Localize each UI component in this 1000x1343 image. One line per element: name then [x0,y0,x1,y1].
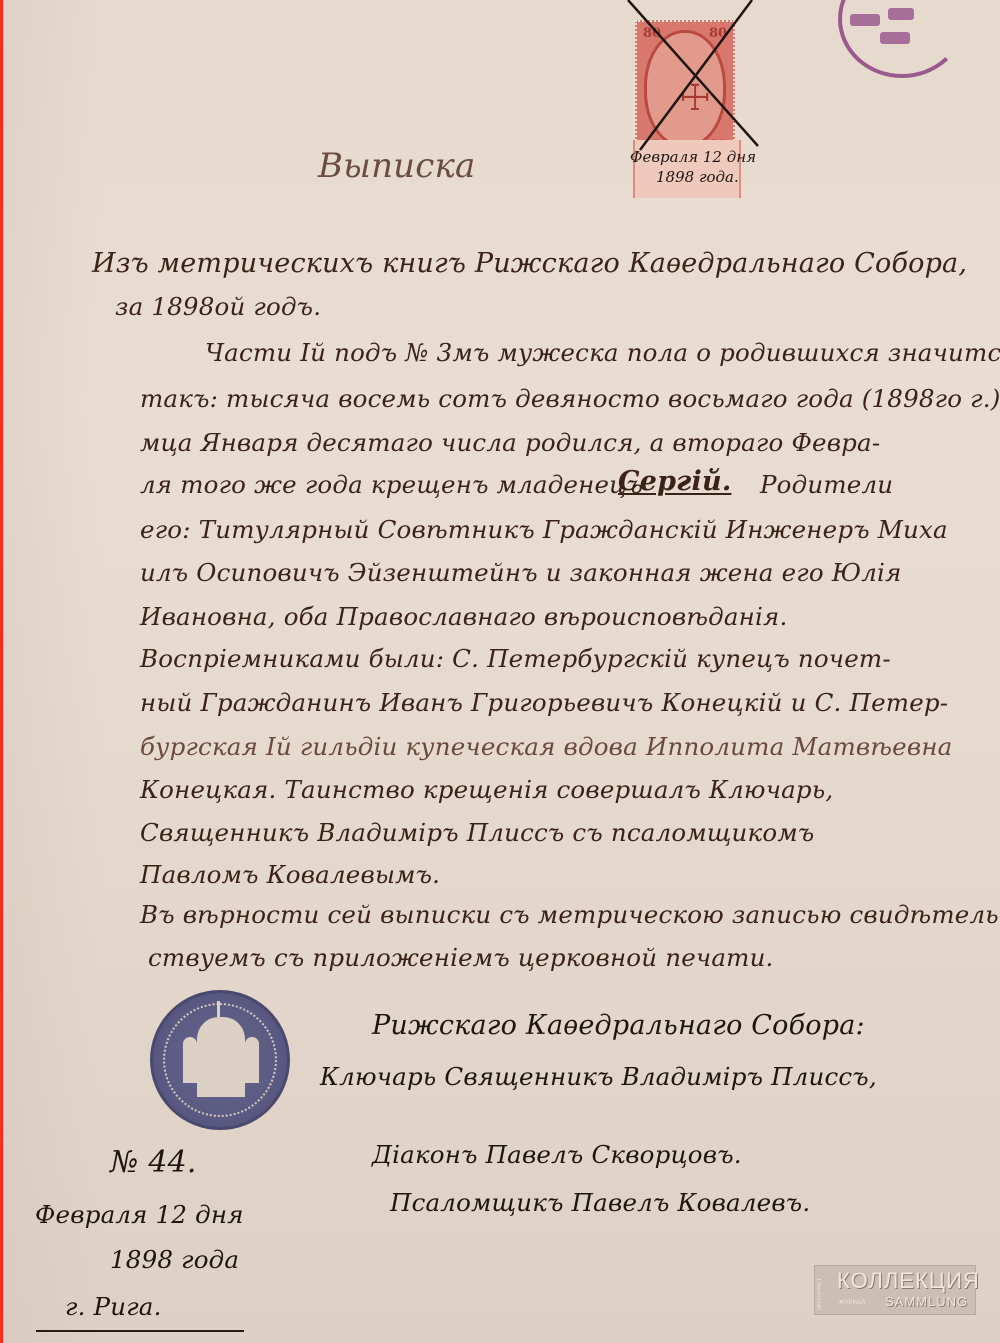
body-line: Воспріемниками были: С. Петербургскій ку… [140,644,891,673]
body-line: Части Iй подъ № 3мъ мужеска пола о родив… [205,338,1000,367]
body-line: Ивановна, оба Православнаго вѣроисповѣда… [140,602,787,631]
child-name: Сергій. [618,466,731,497]
body-line: бургская Iй гильдіи купеческая вдова Ипп… [140,732,952,761]
cancellation-cross-icon [560,0,800,160]
watermark-small-text: ЖУРНАЛ [839,1300,865,1306]
body-line: такъ: тысяча восемь сотъ девяносто восьм… [140,384,1000,413]
seal-cross-icon [217,1001,220,1017]
church-dome-icon [183,1037,197,1083]
signature-deacon: Діаконъ Павелъ Скворцовъ. [372,1140,742,1169]
church-seal [150,990,290,1130]
body-line: за 1898ой годъ. [115,292,321,321]
signature-psalmist: Псаломщикъ Павелъ Ковалевъ. [390,1188,810,1217]
signature-institution: Рижскаго Каѳедральнаго Собора: [372,1010,865,1041]
signature-klyuchar: Ключарь Священникъ Владиміръ Плиссъ, [320,1062,877,1091]
watermark-logo: ИНТЕРНЕТ КОЛЛЕКЦИЯ ЖУРНАЛ SAMMLUNG [814,1265,976,1315]
paper-shade [3,0,103,1343]
purple-stamp-mark [880,32,910,44]
parents-label: Родители [760,470,893,499]
body-line: его: Титулярный Совѣтникъ Гражданскій Ин… [140,515,948,544]
registry-underline [36,1330,244,1332]
stamp-cancellation-year: 1898 года. [656,168,739,186]
body-line: Священникъ Владиміръ Плиссъ съ псаломщик… [140,818,814,847]
body-line: ля того же года крещенъ младенецъ [140,470,643,499]
body-line: Въ вѣрности сей выписки съ метрическою з… [140,900,1000,929]
body-line: Конецкая. Таинство крещенія совершалъ Кл… [140,775,833,804]
church-icon [197,1017,245,1097]
body-line: мца Января десятаго числа родился, а вто… [140,428,880,457]
watermark-side-text: ИНТЕРНЕТ [817,1270,831,1310]
body-line: Павломъ Ковалевымъ. [140,860,440,889]
body-line: илъ Осиповичъ Эйзенштейнъ и законная жен… [140,558,902,587]
body-line: ствуемъ съ приложеніемъ церковной печати… [148,943,774,972]
purple-stamp-mark [850,14,880,26]
registry-date: Февраля 12 дня [35,1200,244,1229]
watermark-sub-text: SAMMLUNG [885,1294,968,1309]
watermark-main-text: КОЛЛЕКЦИЯ [837,1268,980,1294]
body-line: Изъ метрическихъ книгъ Рижскаго Каѳедрал… [92,248,967,279]
church-dome-icon [245,1037,259,1083]
registry-year: 1898 года [110,1245,239,1274]
registry-place: г. Рига. [65,1292,162,1321]
purple-stamp-mark [888,8,914,20]
registry-number: № 44. [110,1145,197,1180]
document-title: Выписка [318,146,476,186]
body-line: ный Гражданинъ Иванъ Григорьевичъ Конецк… [140,688,948,717]
